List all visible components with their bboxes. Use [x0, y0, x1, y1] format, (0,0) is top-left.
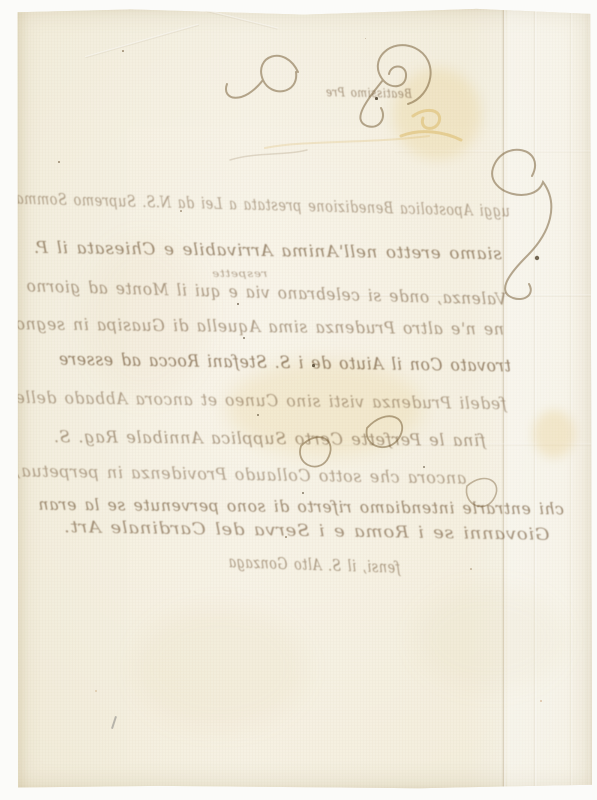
letter-line: Valenza, onde si celebrano via e qui il …: [26, 280, 506, 310]
scanner-background: Beatissimo Prerespetteuggi Apostolica Be…: [0, 0, 597, 800]
letter-line: Giovanni se i Roma e i Serva del Cardina…: [63, 518, 549, 548]
letter-line: trovato Con il Aiuto de i S. Stefani Roc…: [58, 350, 510, 380]
heading-line: Beatissimo Pre: [325, 80, 411, 110]
letter-line: ancora che sotto Collaudo Providenza in …: [15, 462, 466, 492]
letter-line: siamo eretto nell'Anima Arrivabile e Chi…: [33, 238, 501, 268]
letter-line: fedeli Prudenza visti sino Cuneo et anco…: [15, 388, 506, 418]
letter-line: uggi Apostolica Benedizione prestata a L…: [15, 192, 509, 222]
letter-line: ne n'e altro Prudenza sima Aquella di Gu…: [15, 314, 504, 344]
letter-line: fina le Perfette Certo Supplica Annibale…: [53, 426, 485, 456]
letter-line: fensi, il S. Alto Gonzaga: [228, 552, 400, 582]
letter-paper-verso: Beatissimo Prerespetteuggi Apostolica Be…: [15, 8, 592, 789]
bleed-through-text-layer: Beatissimo Prerespetteuggi Apostolica Be…: [15, 8, 592, 789]
